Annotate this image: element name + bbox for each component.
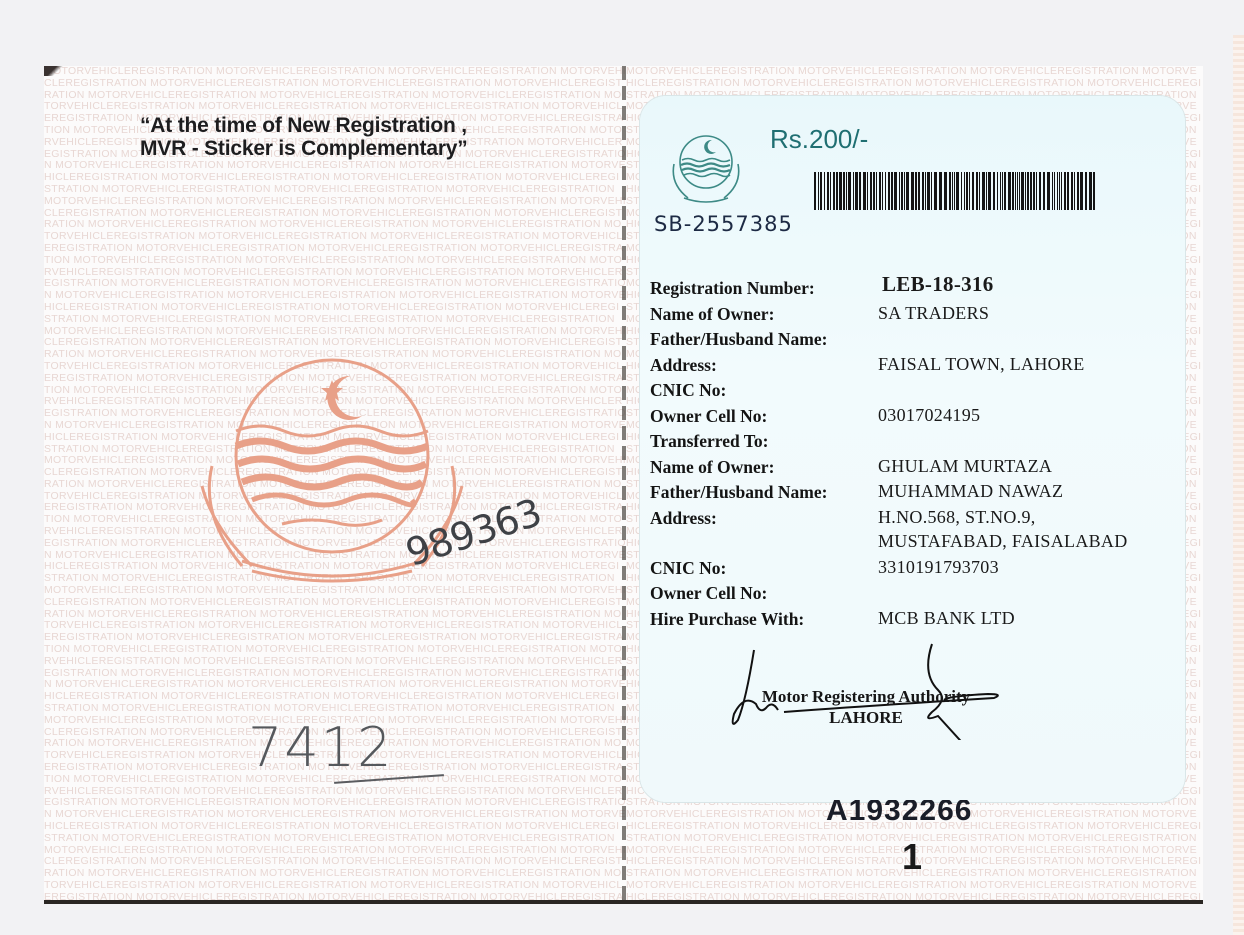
field-row: CNIC No:3310191793703 <box>650 558 1180 584</box>
sticker-serial-number: SB-2557385 <box>654 212 793 236</box>
field-label: CNIC No: <box>650 558 726 579</box>
field-row: Address:H.NO.568, ST.NO.9, MUSTAFABAD, F… <box>650 508 1180 558</box>
field-row: Name of Owner:SA TRADERS <box>650 304 1180 330</box>
field-value: MCB BANK LTD <box>878 606 1015 630</box>
mvr-sticker: Rs.200/- SB-2557385 Registration Number:… <box>640 96 1185 802</box>
field-value: SA TRADERS <box>878 301 989 325</box>
right-page: MOTORVEHICLEREGISTRATION MOTORVEHICLEREG… <box>626 66 1203 900</box>
left-page: MOTORVEHICLEREGISTRATION MOTORVEHICLEREG… <box>44 66 626 900</box>
field-value: 3310191793703 <box>878 555 999 579</box>
handwritten-number: 7412 <box>248 716 393 779</box>
page-number: 1 <box>902 836 922 878</box>
motor-registering-authority: Motor Registering Authority LAHORE <box>736 686 996 728</box>
mvr-sticker-notice: “At the time of New Registration , MVR -… <box>140 114 468 160</box>
field-value: MUHAMMAD NAWAZ <box>878 479 1063 503</box>
field-label: Owner Cell No: <box>650 406 767 427</box>
field-label: CNIC No: <box>650 380 726 401</box>
page-corner-tear <box>44 66 66 76</box>
notice-line-2: MVR - Sticker is Complementary” <box>140 137 468 160</box>
field-label: Father/Husband Name: <box>650 329 827 350</box>
authority-title: Motor Registering Authority <box>736 686 996 707</box>
authority-city: LAHORE <box>736 707 996 728</box>
field-row: Owner Cell No:03017024195 <box>650 406 1180 432</box>
field-value: GHULAM MURTAZA <box>878 454 1052 478</box>
field-label: Owner Cell No: <box>650 583 767 604</box>
field-label: Address: <box>650 355 717 376</box>
vehicle-registration-book: MOTORVEHICLEREGISTRATION MOTORVEHICLEREG… <box>44 66 1203 904</box>
notice-line-1: “At the time of New Registration , <box>140 114 468 137</box>
punjab-government-seal-icon <box>666 128 746 204</box>
field-value: LEB-18-316 <box>882 272 994 296</box>
field-label: Hire Purchase With: <box>650 609 804 630</box>
field-label: Transferred To: <box>650 431 768 452</box>
field-label: Father/Husband Name: <box>650 482 827 503</box>
field-value: FAISAL TOWN, LAHORE <box>878 352 1085 376</box>
field-label: Registration Number: <box>650 278 815 299</box>
field-label: Name of Owner: <box>650 304 774 325</box>
field-value: H.NO.568, ST.NO.9, MUSTAFABAD, FAISALABA… <box>878 505 1128 553</box>
sticker-fee: Rs.200/- <box>770 124 868 155</box>
field-label: Name of Owner: <box>650 457 774 478</box>
registration-details: Registration Number:LEB-18-316Name of Ow… <box>650 278 1180 634</box>
field-value: 03017024195 <box>878 403 980 427</box>
field-label: Address: <box>650 508 717 529</box>
field-row: Address:FAISAL TOWN, LAHORE <box>650 355 1180 381</box>
barcode-icon <box>814 172 1096 210</box>
adjacent-page-edge <box>1233 35 1244 935</box>
